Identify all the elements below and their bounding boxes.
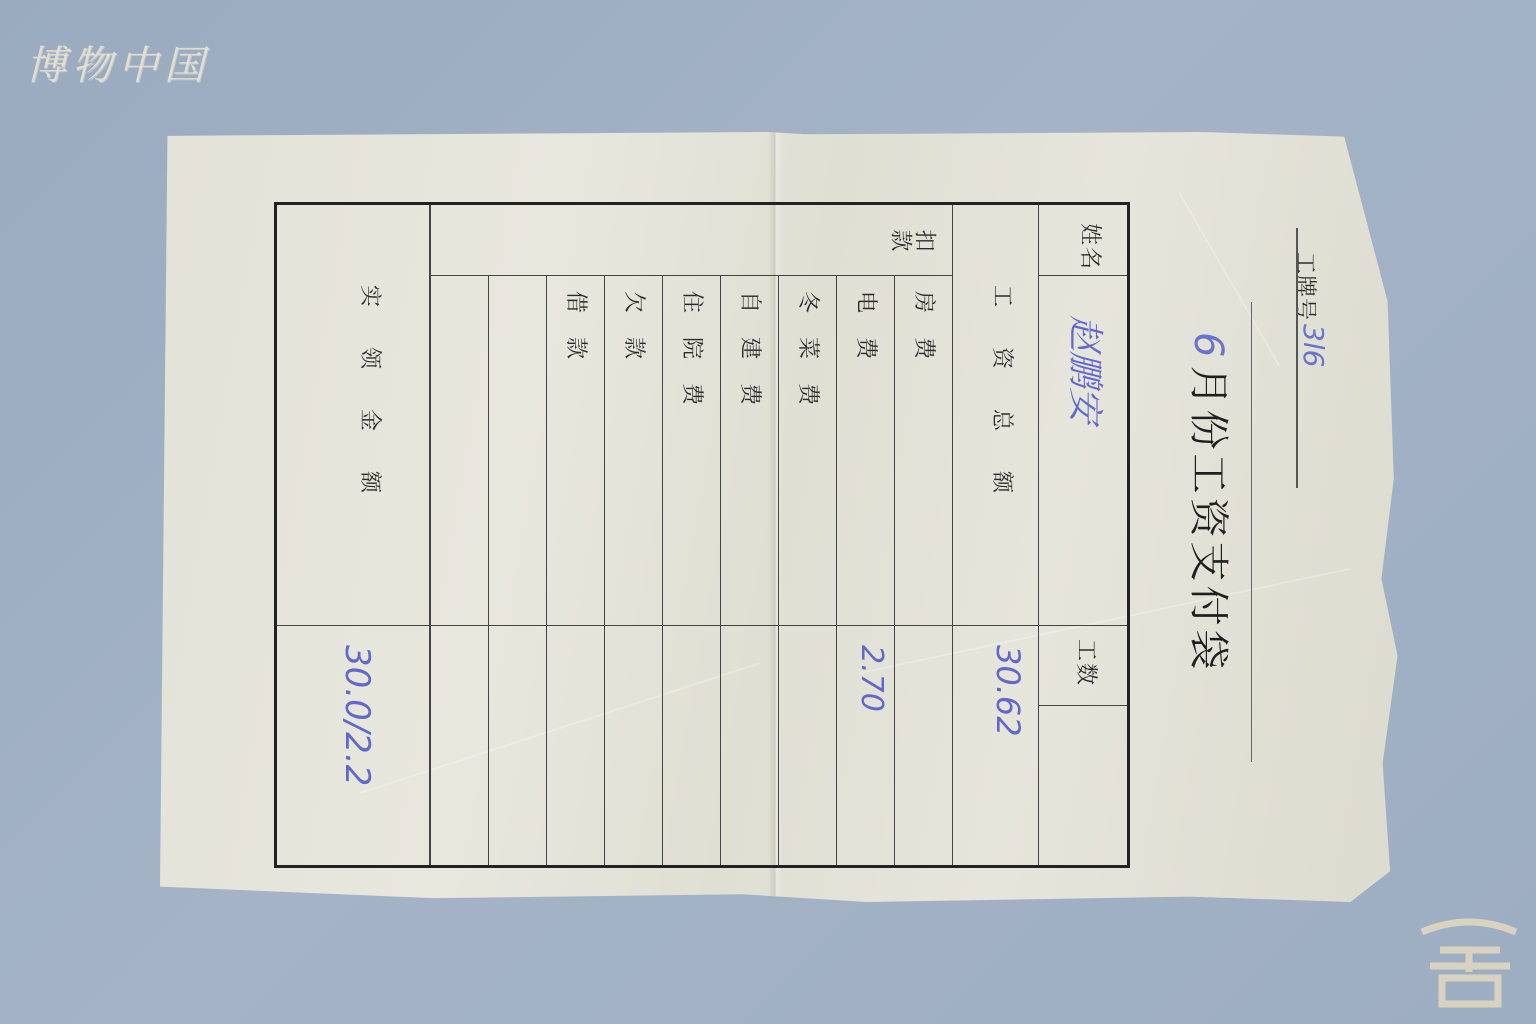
net-amount-label: 实领金额 — [356, 285, 387, 533]
serial-underline — [1296, 228, 1298, 488]
divider — [431, 275, 953, 276]
deduction-label: 自建费 — [736, 291, 767, 429]
divider — [1039, 705, 1127, 706]
row-divider — [488, 275, 489, 865]
divider — [953, 625, 1039, 626]
deduction-label: 欠款 — [620, 291, 651, 383]
document-title: 6月份工资支付袋 — [1183, 332, 1240, 673]
deduction-label: 冬菜费 — [794, 291, 825, 429]
row-divider — [894, 275, 895, 865]
work-days-label: 工数 — [1072, 639, 1103, 687]
row-divider — [546, 275, 547, 865]
title-rule — [1251, 302, 1252, 762]
gross-wage-value: 30.62 — [989, 645, 1027, 737]
serial-number-value: 3l6 — [1297, 324, 1330, 367]
pavilion-logo-icon — [1414, 912, 1524, 1012]
row-divider — [604, 275, 605, 865]
row-divider — [662, 275, 663, 865]
name-value: 赵鹏安 — [1062, 315, 1113, 423]
deduction-label: 房费 — [910, 291, 941, 383]
divider — [277, 625, 431, 626]
deduction-label: 借款 — [562, 291, 593, 383]
row-divider — [1038, 205, 1039, 865]
row-divider — [778, 275, 779, 865]
divider — [431, 625, 953, 626]
gross-wage-label: 工资总额 — [988, 285, 1019, 533]
net-amount-value: 30.0/2.2 — [337, 645, 377, 786]
divider — [1039, 275, 1127, 276]
wage-envelope-document: 工牌号 3l6 6月份工资支付袋 姓名 赵鹏安 工数 工资总额 30.62 扣款 — [160, 132, 1400, 902]
row-divider — [836, 275, 837, 865]
deduction-value: 2.70 — [854, 645, 889, 712]
title-text: 月份工资支付袋 — [1185, 365, 1231, 673]
row-divider — [952, 205, 953, 865]
deductions-label: 扣款 — [337, 223, 937, 254]
deduction-label: 电费 — [852, 291, 883, 383]
divider — [1039, 625, 1127, 626]
document-content: 工牌号 3l6 6月份工资支付袋 姓名 赵鹏安 工数 工资总额 30.62 扣款 — [160, 132, 1400, 902]
wage-form-table: 姓名 赵鹏安 工数 工资总额 30.62 扣款 房费 电费 2.70 — [274, 202, 1130, 868]
title-month: 6 — [1185, 332, 1231, 361]
watermark-text: 博物中国 — [26, 34, 210, 91]
deduction-label: 住院费 — [678, 291, 709, 429]
row-divider — [429, 205, 431, 865]
row-divider — [720, 275, 721, 865]
name-label: 姓名 — [1076, 223, 1107, 271]
